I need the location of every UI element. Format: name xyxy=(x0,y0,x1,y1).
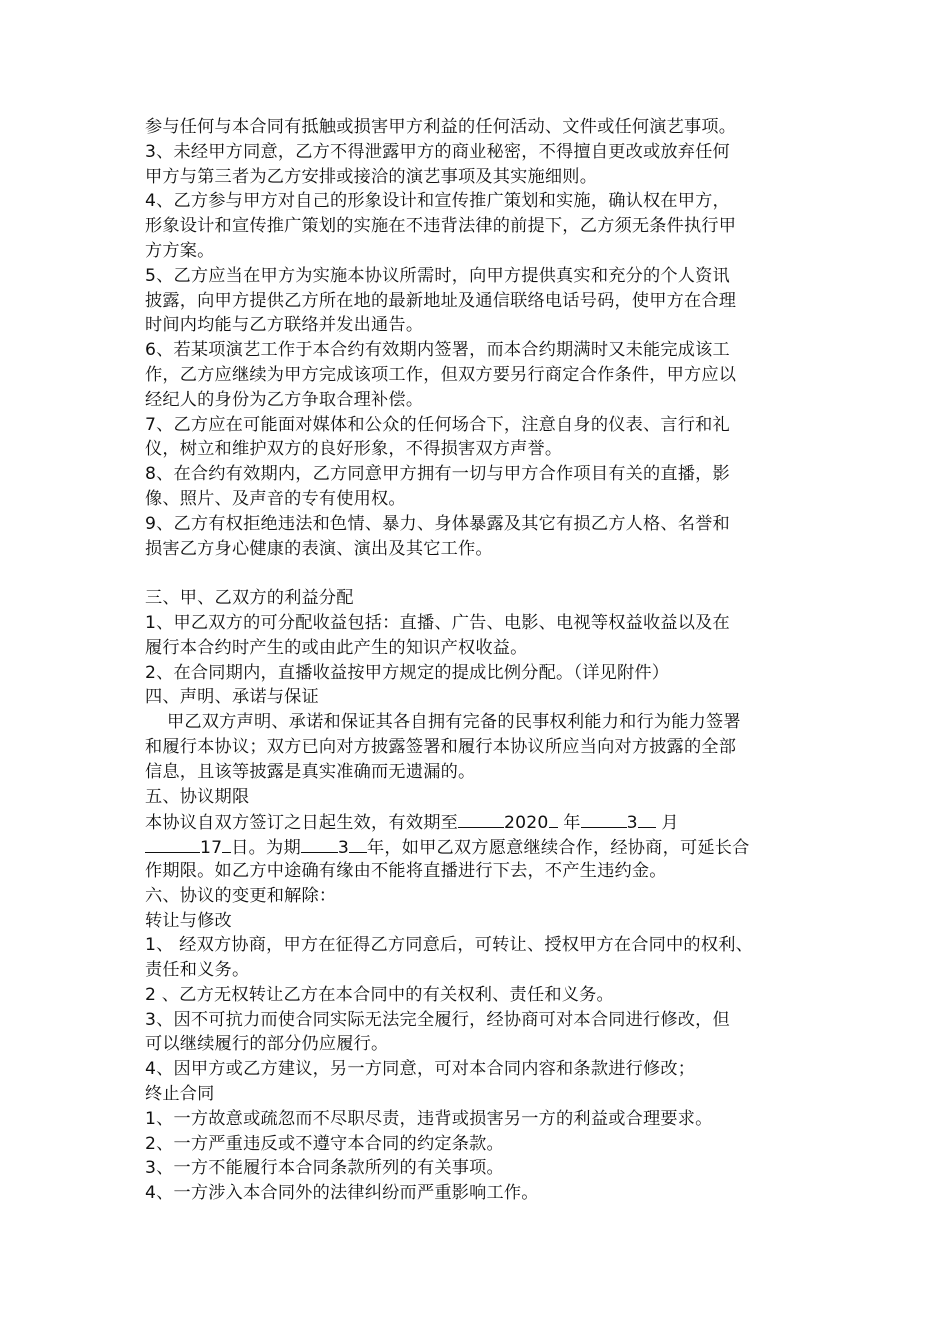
blank-underline xyxy=(301,834,338,853)
text-line: 参与任何与本合同有抵触或损害甲方利益的任何活动、文件或任何演艺事项。 xyxy=(145,115,810,140)
text-line: 甲方与第三者为乙方安排或接洽的演艺事项及其实施细则。 xyxy=(145,165,810,190)
term-years: 3 xyxy=(338,838,349,858)
section-5-term: 五、协议期限 本协议自双方签订之日起生效，有效期至2020 年3 月 17日。为… xyxy=(145,785,810,884)
document-page: 参与任何与本合同有抵触或损害甲方利益的任何活动、文件或任何演艺事项。 3、未经甲… xyxy=(145,115,810,1206)
text-line: 9、乙方有权拒绝违法和色情、暴力、身体暴露及其它有损乙方人格、名誉和 xyxy=(145,512,810,537)
text-line: 信息，且该等披露是真实准确而无遗漏的。 xyxy=(145,760,810,785)
text-line: 5、乙方应当在甲方为实施本协议所需时，向甲方提供真实和充分的个人资讯 xyxy=(145,264,810,289)
section-3-profit-distribution: 三、甲、乙双方的利益分配 1、甲乙双方的可分配收益包括：直播、广告、电影、电视等… xyxy=(145,586,810,685)
text-line: 2、一方严重违反或不遵守本合同的约定条款。 xyxy=(145,1132,810,1157)
text-line: 像、照片、及声音的专有使用权。 xyxy=(145,487,810,512)
term-day: 17 xyxy=(200,838,222,858)
term-prefix: 本协议自双方签订之日起生效，有效期至 xyxy=(145,813,458,833)
text-line: 经纪人的身份为乙方争取合理补偿。 xyxy=(145,388,810,413)
text-line: 1、甲乙双方的可分配收益包括：直播、广告、电影、电视等权益收益以及在 xyxy=(145,611,810,636)
text-line: 4、乙方参与甲方对自己的形象设计和宣传推广策划和实施，确认权在甲方， xyxy=(145,189,810,214)
day-label: 日。为期 xyxy=(231,838,301,858)
text-line: 可以继续履行的部分仍应履行。 xyxy=(145,1032,810,1057)
text-line: 方方案。 xyxy=(145,239,810,264)
term-month: 3 xyxy=(627,813,638,833)
text-line: 1、一方故意或疏忽而不尽职尽责，违背或损害另一方的利益或合理要求。 xyxy=(145,1107,810,1132)
year-label: 年 xyxy=(563,813,580,833)
text-line: 仪，树立和维护双方的良好形象，不得损害双方声誉。 xyxy=(145,437,810,462)
text-line: 2 、乙方无权转让乙方在本合同中的有关权利、责任和义务。 xyxy=(145,983,810,1008)
blank-underline xyxy=(458,809,504,828)
text-line: 4、因甲方或乙方建议，另一方同意，可对本合同内容和条款进行修改； xyxy=(145,1057,810,1082)
text-line: 责任和义务。 xyxy=(145,958,810,983)
text-line: 履行本合约时产生的或由此产生的知识产权收益。 xyxy=(145,636,810,661)
section-2-continued: 参与任何与本合同有抵触或损害甲方利益的任何活动、文件或任何演艺事项。 3、未经甲… xyxy=(145,115,810,561)
text-line: 6、若某项演艺工作于本合约有效期内签署，而本合约期满时又未能完成该工 xyxy=(145,338,810,363)
text-line: 2、在合同期内，直播收益按甲方规定的提成比例分配。（详见附件） xyxy=(145,661,810,686)
text-line: 作期限。如乙方中途确有缘由不能将直播进行下去，不产生违约金。 xyxy=(145,859,810,884)
blank-underline xyxy=(581,809,627,828)
text-line: 4、一方涉入本合同外的法律纠纷而严重影响工作。 xyxy=(145,1181,810,1206)
text-line: 7、乙方应在可能面对媒体和公众的任何场合下，注意自身的仪表、言行和礼 xyxy=(145,413,810,438)
text-line: 8、在合约有效期内，乙方同意甲方拥有一切与甲方合作项目有关的直播，影 xyxy=(145,462,810,487)
term-suffix: 年，如甲乙双方愿意继续合作，经协商，可延长合 xyxy=(367,838,750,858)
section-heading: 三、甲、乙双方的利益分配 xyxy=(145,586,810,611)
section-4-declarations: 四、声明、承诺与保证 甲乙双方声明、承诺和保证其各自拥有完备的民事权利能力和行为… xyxy=(145,685,810,784)
blank-underline xyxy=(222,834,231,853)
text-line: 披露，向甲方提供乙方所在地的最新地址及通信联络电话号码，使甲方在合理 xyxy=(145,289,810,314)
term-year: 2020 xyxy=(504,813,549,833)
term-line-1: 本协议自双方签订之日起生效，有效期至2020 年3 月 xyxy=(145,809,810,834)
section-heading: 五、协议期限 xyxy=(145,785,810,810)
section-heading: 六、协议的变更和解除： xyxy=(145,884,810,909)
text-line: 损害乙方身心健康的表演、演出及其它工作。 xyxy=(145,537,810,562)
section-6-changes-termination: 六、协议的变更和解除： 转让与修改 1、 经双方协商，甲方在征得乙方同意后，可转… xyxy=(145,884,810,1206)
paragraph-spacer xyxy=(145,561,810,586)
text-line: 作，乙方应继续为甲方完成该项工作，但双方要另行商定合作条件，甲方应以 xyxy=(145,363,810,388)
blank-underline xyxy=(349,834,367,853)
section-heading: 四、声明、承诺与保证 xyxy=(145,685,810,710)
subsection-heading: 终止合同 xyxy=(145,1082,810,1107)
blank-underline xyxy=(145,834,200,853)
text-line: 时间内均能与乙方联络并发出通告。 xyxy=(145,313,810,338)
text-line: 甲乙双方声明、承诺和保证其各自拥有完备的民事权利能力和行为能力签署 xyxy=(145,710,810,735)
term-line-2: 17日。为期3年，如甲乙双方愿意继续合作，经协商，可延长合 xyxy=(145,834,810,859)
text-line: 和履行本协议；双方已向对方披露签署和履行本协议所应当向对方披露的全部 xyxy=(145,735,810,760)
text-line: 3、一方不能履行本合同条款所列的有关事项。 xyxy=(145,1156,810,1181)
month-label: 月 xyxy=(661,813,678,833)
subsection-heading: 转让与修改 xyxy=(145,909,810,934)
text-line: 1、 经双方协商，甲方在征得乙方同意后，可转让、授权甲方在合同中的权利、 xyxy=(145,933,810,958)
blank-underline xyxy=(638,809,656,828)
blank-underline xyxy=(549,809,558,828)
text-line: 3、未经甲方同意，乙方不得泄露甲方的商业秘密，不得擅自更改或放弃任何 xyxy=(145,140,810,165)
text-line: 3、因不可抗力而使合同实际无法完全履行，经协商可对本合同进行修改，但 xyxy=(145,1008,810,1033)
text-line: 形象设计和宣传推广策划的实施在不违背法律的前提下，乙方须无条件执行甲 xyxy=(145,214,810,239)
